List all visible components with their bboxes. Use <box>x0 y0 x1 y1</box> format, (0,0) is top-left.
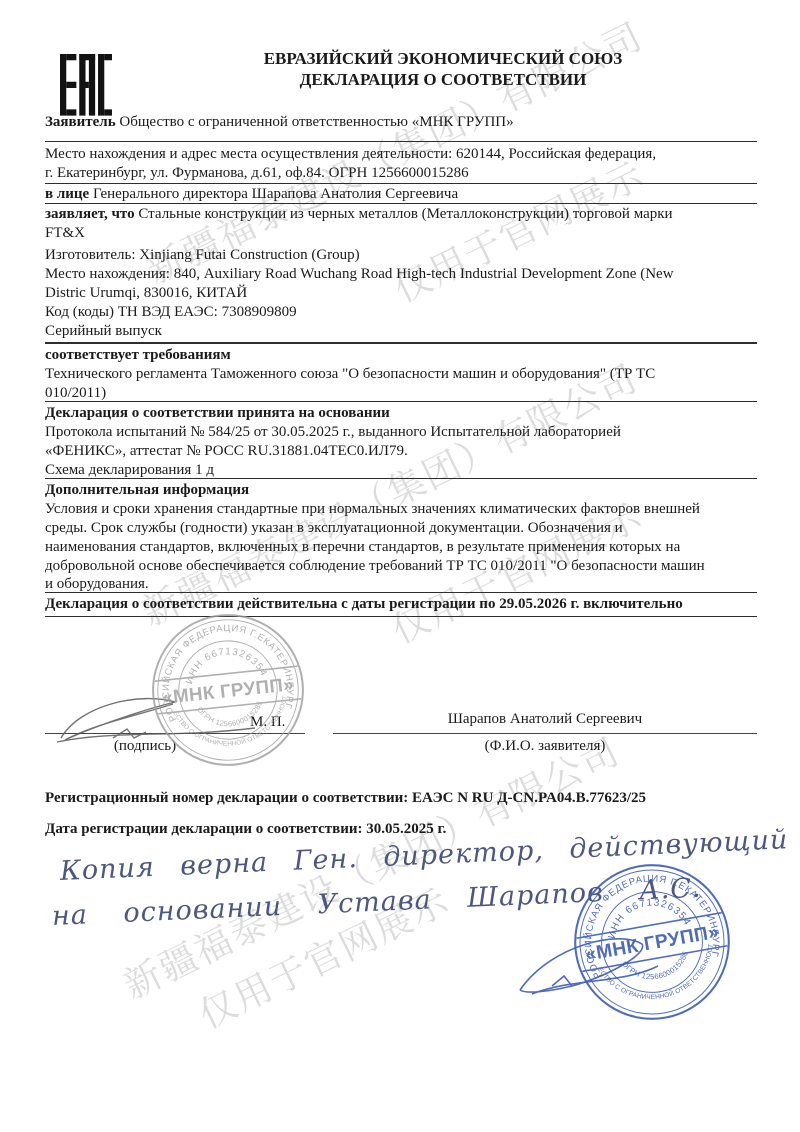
additional-label: Дополнительная информация <box>45 482 249 499</box>
section-divider <box>45 401 757 402</box>
name-caption: (Ф.И.О. заявителя) <box>400 738 690 755</box>
document-title: ЕВРАЗИЙСКИЙ ЭКОНОМИЧЕСКИЙ СОЮЗ ДЕКЛАРАЦИ… <box>140 48 746 90</box>
name-line <box>333 733 757 734</box>
complies-label: соответствует требованиям <box>45 347 231 364</box>
applicant-value: Общество с ограниченной ответственностью… <box>116 114 514 130</box>
stamp-ogrn-text: ОГРН 1256600015286 <box>195 699 267 732</box>
additional-line-5: и оборудования. <box>45 576 149 593</box>
section-divider <box>45 616 757 617</box>
additional-line-3: наименования стандартов, включенных в пе… <box>45 539 680 556</box>
section-divider <box>45 342 757 344</box>
company-stamp-blue: «МНК ГРУПП» РОССИЙСКАЯ ФЕДЕРАЦИЯ Г.ЕКАТЕ… <box>559 849 744 1034</box>
eac-logo-icon <box>60 54 112 118</box>
validity-row: Декларация о соответствии действительна … <box>45 596 683 613</box>
section-divider <box>45 478 757 479</box>
additional-line-1: Условия и сроки хранения стандартные при… <box>45 501 700 518</box>
declares-label: заявляет, что <box>45 206 135 222</box>
manufacturer-address-2: Distric Urumqi, 830016, КИТАЙ <box>45 285 247 302</box>
basis-line-3: Схема декларирования 1 д <box>45 462 214 479</box>
additional-line-4: добровольной основе обеспечивается соблю… <box>45 558 705 575</box>
section-divider <box>45 183 757 184</box>
declares-row-2: FT&X <box>45 225 85 242</box>
in-person-label: в лице <box>45 186 89 202</box>
manufacturer-row: Изготовитель: Xinjiang Futai Constructio… <box>45 247 360 264</box>
section-divider <box>45 141 757 142</box>
in-person-row: в лице Генерального директора Шарапова А… <box>45 186 458 203</box>
complies-line-2: 010/2011) <box>45 385 106 402</box>
registration-number-row: Регистрационный номер декларации о соотв… <box>45 790 646 807</box>
declares-value: Стальные конструкции из черных металлов … <box>135 206 673 222</box>
svg-text:ОГРН 1256600015286: ОГРН 1256600015286 <box>195 699 267 732</box>
declaration-document: 新疆福泰建设（集团）有限公司 仅用于官网展示 新疆福泰建设（集团）有限公司 仅用… <box>0 0 800 1132</box>
applicant-row: Заявитель Общество с ограниченной ответс… <box>45 114 514 131</box>
registration-date-row: Дата регистрации декларации о соответств… <box>45 821 446 838</box>
title-line-2: ДЕКЛАРАЦИЯ О СООТВЕТСТВИИ <box>140 69 746 90</box>
additional-line-2: среды. Срок службы (годности) указан в э… <box>45 520 623 537</box>
title-line-1: ЕВРАЗИЙСКИЙ ЭКОНОМИЧЕСКИЙ СОЮЗ <box>140 48 746 69</box>
svg-text:РОССИЙСКАЯ ФЕДЕРАЦИЯ Г.ЕКАТЕРИ: РОССИЙСКАЯ ФЕДЕРАЦИЯ Г.ЕКАТЕРИНБУРГ <box>572 863 724 982</box>
manufacturer-address-1: Место нахождения: 840, Auxiliary Road Wu… <box>45 266 674 283</box>
basis-line-2: «ФЕНИКС», аттестат № РОСС RU.31881.04ТЕС… <box>45 443 408 460</box>
address-line-2: г. Екатеринбург, ул. Фурманова, д.61, оф… <box>45 165 469 182</box>
basis-line-1: Протокола испытаний № 584/25 от 30.05.20… <box>45 424 621 441</box>
applicant-name: Шарапов Анатолий Сергеевич <box>400 711 690 728</box>
basis-label: Декларация о соответствии принята на осн… <box>45 405 390 422</box>
address-line-1: Место нахождения и адрес места осуществл… <box>45 146 656 163</box>
stamp-outer-top-text: РОССИЙСКАЯ ФЕДЕРАЦИЯ Г.ЕКАТЕРИНБУРГ <box>572 863 724 982</box>
complies-line-1: Технического регламента Таможенного союз… <box>45 366 655 383</box>
serial-row: Серийный выпуск <box>45 323 162 340</box>
in-person-value: Генерального директора Шарапова Анатолия… <box>89 186 458 202</box>
declares-row: заявляет, что Стальные конструкции из че… <box>45 206 673 223</box>
company-stamp-gray: «МНК ГРУПП» РОССИЙСКАЯ ФЕДЕРАЦИЯ Г.ЕКАТЕ… <box>142 604 313 775</box>
applicant-label: Заявитель <box>45 114 116 130</box>
section-divider <box>45 203 757 204</box>
tnved-code-row: Код (коды) ТН ВЭД ЕАЭС: 7308909809 <box>45 304 297 321</box>
section-divider <box>45 592 757 593</box>
